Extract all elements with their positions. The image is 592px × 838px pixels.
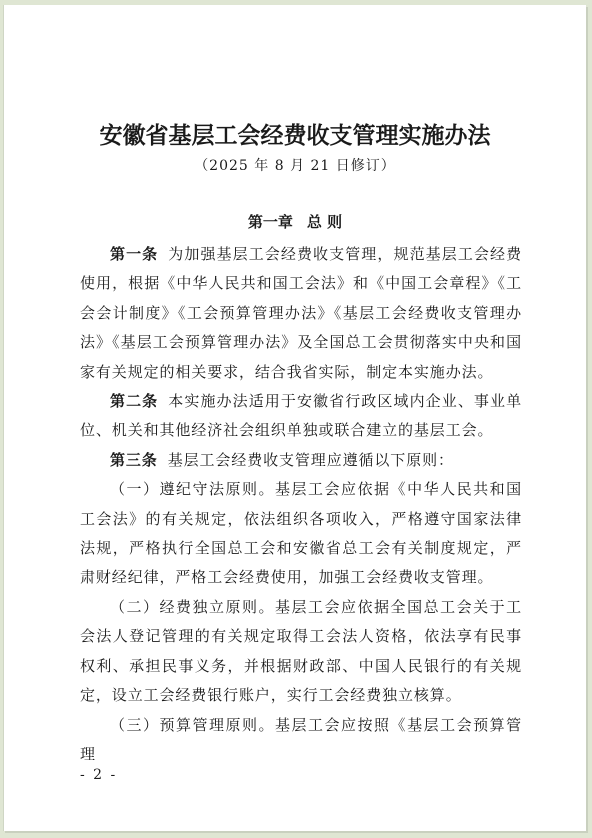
article-text: 基层工会经费收支管理应遵循以下原则：: [168, 451, 454, 469]
article-2: 第二条本实施办法适用于安徽省行政区域内企业、事业单位、机关和其他经济社会组织单独…: [80, 387, 522, 446]
article-1: 第一条为加强基层工会经费收支管理，规范基层工会经费使用，根据《中华人民共和国工会…: [80, 240, 522, 387]
chapter-number: 第一章: [248, 213, 293, 231]
article-label: 第三条: [110, 451, 158, 469]
page-number: - 2 -: [80, 767, 117, 783]
article-text: 为加强基层工会经费收支管理，规范基层工会经费使用，根据《中华人民共和国工会法》和…: [80, 245, 522, 381]
clause-2: （二）经费独立原则。基层工会应依据全国总工会关于工会法人登记管理的有关规定取得工…: [80, 593, 522, 711]
article-label: 第二条: [110, 392, 158, 410]
document-title: 安徽省基层工会经费收支管理实施办法: [4, 117, 586, 150]
document-page: 安徽省基层工会经费收支管理实施办法 （2025 年 8 月 21 日修订） 第一…: [3, 5, 586, 831]
document-body: 第一条为加强基层工会经费收支管理，规范基层工会经费使用，根据《中华人民共和国工会…: [80, 240, 522, 769]
chapter-heading: 第一章总 则: [4, 211, 586, 232]
clause-3: （三）预算管理原则。基层工会应按照《基层工会预算管理: [80, 711, 522, 770]
clause-1: （一）遵纪守法原则。基层工会应依据《中华人民共和国工会法》的有关规定，依法组织各…: [80, 475, 522, 593]
chapter-name: 总 则: [307, 213, 342, 231]
article-label: 第一条: [110, 245, 158, 263]
revision-date: （2025 年 8 月 21 日修订）: [4, 155, 586, 175]
article-3: 第三条基层工会经费收支管理应遵循以下原则：: [80, 446, 522, 475]
